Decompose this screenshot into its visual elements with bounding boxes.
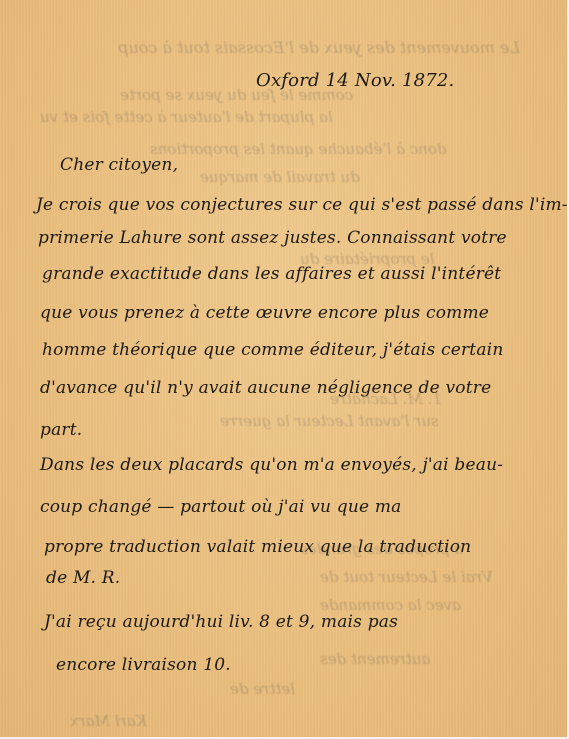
body-line: coup changé — partout où j'ai vu que ma bbox=[40, 497, 402, 517]
bleed-through-text: Le mouvement des yeux de l'Ecossais tout… bbox=[40, 38, 520, 57]
bleed-through-text: autrement des bbox=[320, 650, 430, 668]
bleed-through-text: du travail de marque bbox=[200, 168, 360, 186]
date-line: Oxford 14 Nov. 1872. bbox=[256, 70, 454, 91]
body-line: grande exactitude dans les affaires et a… bbox=[42, 264, 501, 284]
body-line: Dans les deux placards qu'on m'a envoyés… bbox=[40, 455, 503, 475]
bleed-through-text: sur l'avant Lecteur la guerre bbox=[220, 412, 439, 430]
salutation: Cher citoyen, bbox=[60, 155, 178, 175]
letter-page: Le mouvement des yeux de l'Ecossais tout… bbox=[0, 0, 569, 739]
bleed-through-text: Vrai le Lecteur tout de bbox=[320, 568, 493, 586]
body-line: homme théorique que comme éditeur, j'éta… bbox=[42, 340, 503, 360]
body-line: primerie Lahure sont assez justes. Conna… bbox=[38, 228, 507, 248]
bleed-through-text: la plupart de l'auteur à cette fois et v… bbox=[40, 108, 333, 126]
body-line: Je crois que vos conjectures sur ce qui … bbox=[36, 195, 568, 215]
body-line: de M. R. bbox=[46, 568, 120, 588]
body-line: que vous prenez à cette œuvre encore plu… bbox=[40, 303, 489, 323]
body-line: d'avance qu'il n'y avait aucune négligen… bbox=[40, 378, 491, 398]
body-line: propre traduction valait mieux que la tr… bbox=[44, 537, 471, 557]
bleed-through-text: donc à l'ébauche quant les proportions bbox=[150, 140, 447, 158]
body-line: part. bbox=[40, 420, 82, 440]
body-line: encore livraison 10. bbox=[56, 655, 231, 675]
bleed-through-text: Karl Marx bbox=[70, 712, 147, 730]
body-line: J'ai reçu aujourd'hui liv. 8 et 9, mais … bbox=[44, 612, 398, 632]
bleed-through-text: lettre de bbox=[230, 680, 295, 698]
